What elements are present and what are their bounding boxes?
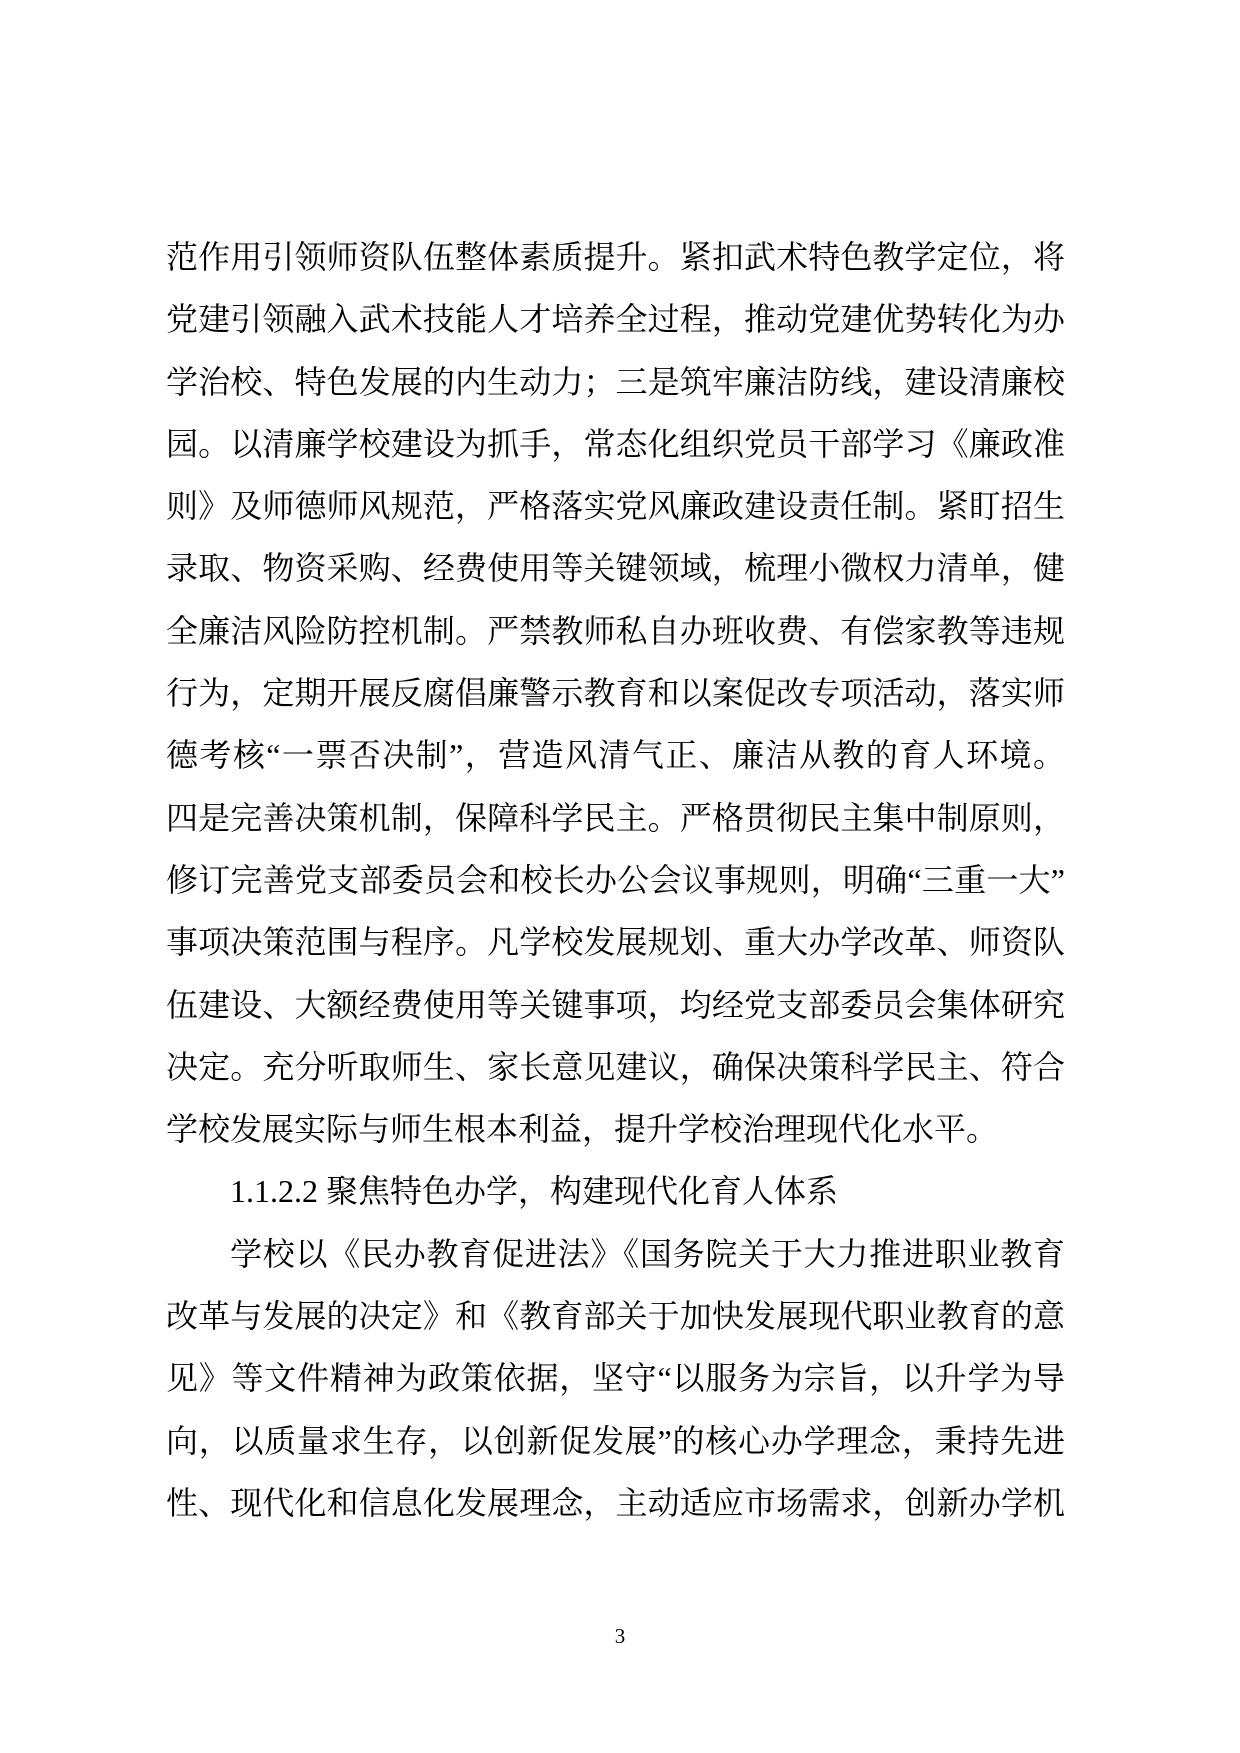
body-text-line: 事项决策范围与程序。凡学校发展规划、重大办学改革、师资队 [166,911,1065,973]
body-text-line: 录取、物资采购、经费使用等关键领域，梳理小微权力清单，健 [166,537,1065,599]
body-text-line: 全廉洁风险防控机制。严禁教师私自办班收费、有偿家教等违规 [166,600,1065,662]
body-text-line: 党建引领融入武术技能人才培养全过程，推动党建优势转化为办 [166,288,1065,350]
body-text-line: 德考核“一票否决制”，营造风清气正、廉洁从教的育人环境。 [166,724,1065,786]
body-text-line: 四是完善决策机制，保障科学民主。严格贯彻民主集中制原则， [166,787,1065,849]
body-text-line: 见》等文件精神为政策依据，坚守“以服务为宗旨，以升学为导 [166,1347,1065,1409]
body-text-line: 性、现代化和信息化发展理念，主动适应市场需求，创新办学机 [166,1472,1065,1534]
body-text-line: 学校以《民办教育促进法》《国务院关于大力推进职业教育 [166,1223,1065,1285]
body-text-line: 改革与发展的决定》和《教育部关于加快发展现代职业教育的意 [166,1285,1065,1347]
body-text-line: 则》及师德师风规范，严格落实党风廉政建设责任制。紧盯招生 [166,475,1065,537]
body-text-line: 学校发展实际与师生根本利益，提升学校治理现代化水平。 [166,1098,1065,1160]
body-text-line: 修订完善党支部委员会和校长办公会议事规则，明确“三重一大” [166,849,1065,911]
document-page: 范作用引领师资队伍整体素质提升。紧扣武术特色教学定位，将 党建引领融入武术技能人… [0,0,1240,1753]
body-text-line: 向，以质量求生存，以创新促发展”的核心办学理念，秉持先进 [166,1410,1065,1472]
body-text-line: 行为，定期开展反腐倡廉警示教育和以案促改专项活动，落实师 [166,662,1065,724]
body-text-line: 决定。充分听取师生、家长意见建议，确保决策科学民主、符合 [166,1036,1065,1098]
body-text-line: 伍建设、大额经费使用等关键事项，均经党支部委员会集体研究 [166,974,1065,1036]
body-text-line: 范作用引领师资队伍整体素质提升。紧扣武术特色教学定位，将 [166,226,1065,288]
body-text-line: 园。以清廉学校建设为抓手，常态化组织党员干部学习《廉政准 [166,413,1065,475]
page-number: 3 [0,1622,1240,1650]
body-text-block: 范作用引领师资队伍整体素质提升。紧扣武术特色教学定位，将 党建引领融入武术技能人… [166,226,1065,1534]
body-text-line: 学治校、特色发展的内生动力；三是筑牢廉洁防线，建设清廉校 [166,351,1065,413]
section-heading: 1.1.2.2 聚焦特色办学，构建现代化育人体系 [166,1160,1065,1222]
